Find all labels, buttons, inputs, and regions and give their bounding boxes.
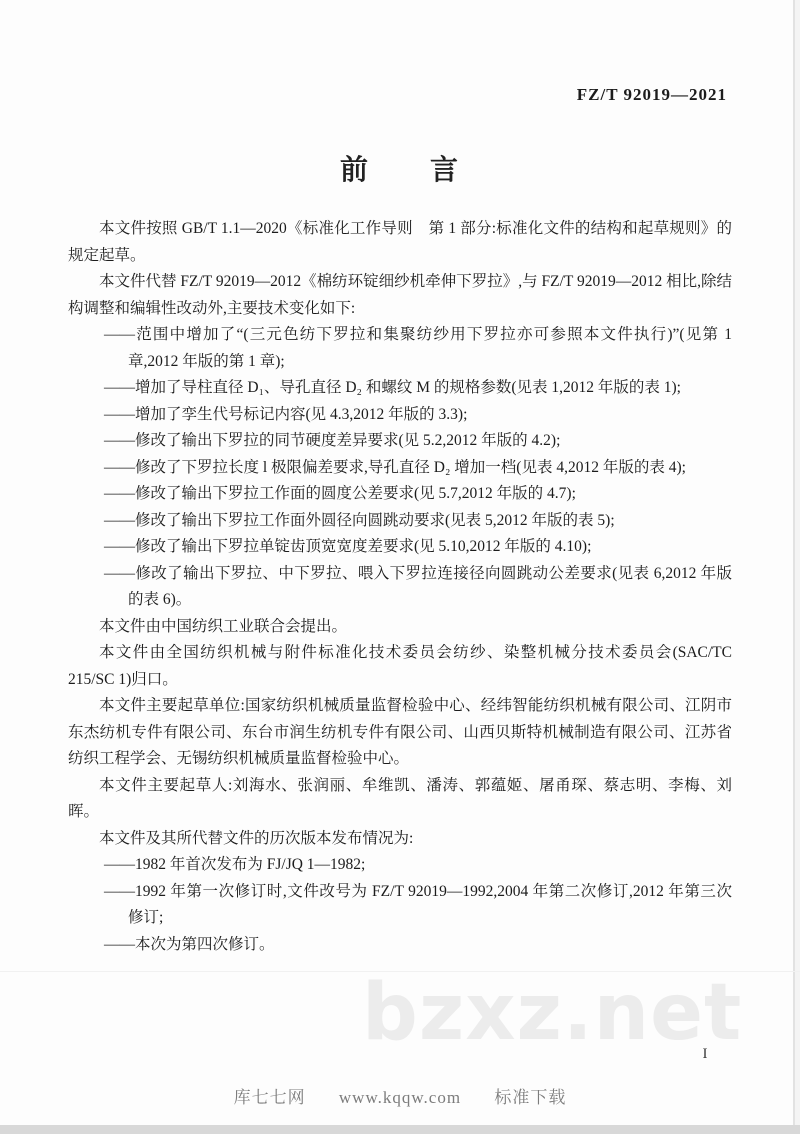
footer-site-url: www.kqqw.com (339, 1088, 461, 1107)
foreword-history-item: ——本次为第四次修订。 (68, 932, 732, 959)
foreword-change-item: ——增加了导柱直径 D₁、导孔直径 D₂ 和螺纹 M 的规格参数(见表 1,20… (68, 375, 732, 402)
page-title: 前 言 (0, 148, 800, 188)
foreword-change-item: ——修改了输出下罗拉单锭齿顶宽宽度差要求(见 5.10,2012 年版的 4.1… (68, 534, 732, 561)
foreword-paragraph: 本文件及其所代替文件的历次版本发布情况为: (68, 826, 732, 853)
foreword-change-item: ——修改了输出下罗拉工作面外圆径向圆跳动要求(见表 5,2012 年版的表 5)… (68, 508, 732, 535)
foreword-change-item: ——增加了孪生代号标记内容(见 4.3,2012 年版的 3.3); (68, 402, 732, 429)
scan-bottom-strip (0, 1125, 800, 1134)
site-watermark: bzxz.net (362, 968, 742, 1058)
page-number: I (690, 1046, 720, 1063)
foreword-change-item: ——修改了输出下罗拉、中下罗拉、喂入下罗拉连接径向圆跳动公差要求(见表 6,20… (68, 561, 732, 614)
foreword-body: 本文件按照 GB/T 1.1—2020《标准化工作导则 第 1 部分:标准化文件… (68, 216, 732, 958)
standard-code: FZ/T 92019—2021 (0, 85, 727, 105)
footer-credit: 库七七网 www.kqqw.com 标准下载 (0, 1083, 800, 1108)
footer-site-name: 库七七网 (234, 1088, 306, 1107)
foreword-paragraph: 本文件主要起草单位:国家纺织机械质量监督检验中心、经纬智能纺织机械有限公司、江阴… (68, 693, 732, 773)
foreword-change-item: ——修改了输出下罗拉工作面的圆度公差要求(见 5.7,2012 年版的 4.7)… (68, 481, 732, 508)
foreword-paragraph: 本文件按照 GB/T 1.1—2020《标准化工作导则 第 1 部分:标准化文件… (68, 216, 732, 269)
foreword-history-item: ——1992 年第一次修订时,文件改号为 FZ/T 92019—1992,200… (68, 879, 732, 932)
foreword-change-item: ——修改了输出下罗拉的同节硬度差异要求(见 5.2,2012 年版的 4.2); (68, 428, 732, 455)
foreword-change-item: ——修改了下罗拉长度 l 极限偏差要求,导孔直径 D₂ 增加一档(见表 4,20… (68, 455, 732, 482)
foreword-history-item: ——1982 年首次发布为 FJ/JQ 1—1982; (68, 852, 732, 879)
foreword-paragraph: 本文件由全国纺织机械与附件标准化技术委员会纺纱、染整机械分技术委员会(SAC/T… (68, 640, 732, 693)
footer-tagline: 标准下载 (494, 1088, 566, 1107)
foreword-paragraph: 本文件主要起草人:刘海水、张润丽、牟维凯、潘涛、郭蕴姬、屠甬琛、蔡志明、李梅、刘… (68, 773, 732, 826)
foreword-paragraph: 本文件由中国纺织工业联合会提出。 (68, 614, 732, 641)
foreword-paragraph: 本文件代替 FZ/T 92019—2012《棉纺环锭细纱机牵伸下罗拉》,与 FZ… (68, 269, 732, 322)
foreword-change-item: ——范围中增加了“(三元色纺下罗拉和集聚纺纱用下罗拉亦可参照本文件执行)”(见第… (68, 322, 732, 375)
